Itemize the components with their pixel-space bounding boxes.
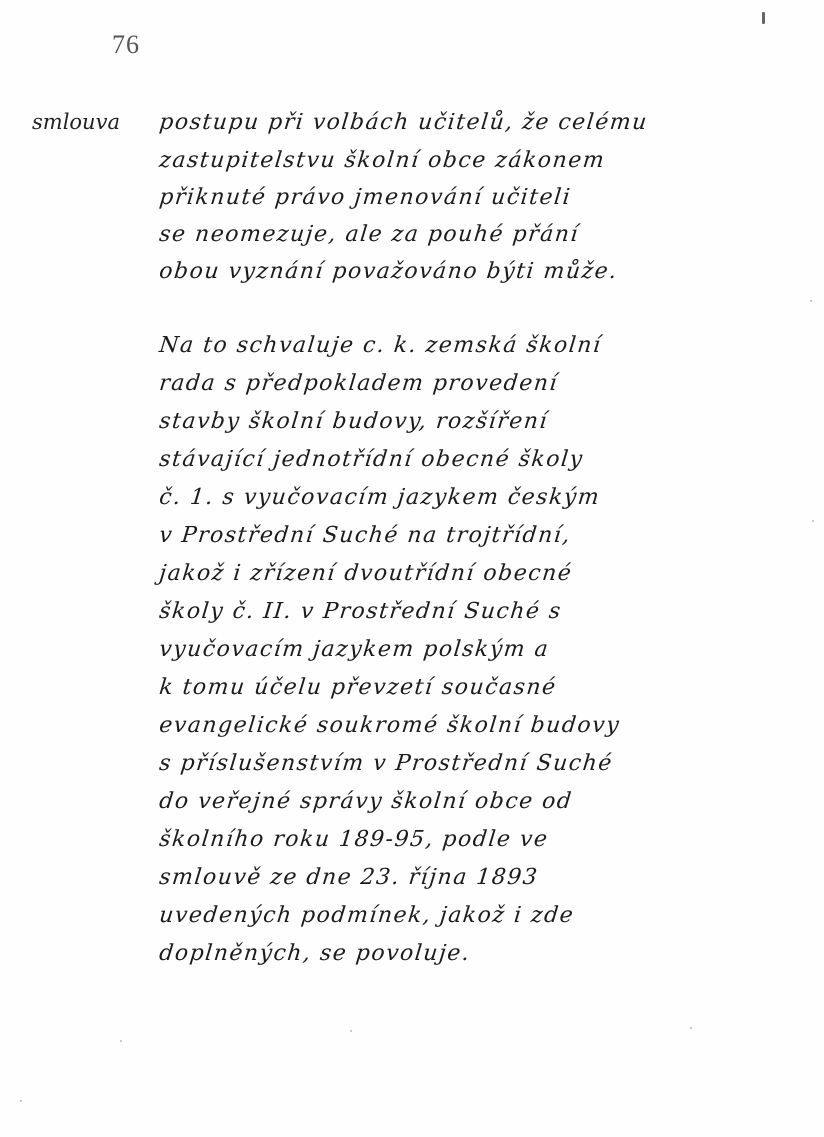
text-line: s příslušenstvím v Prostřední Suché (158, 751, 614, 776)
text-line: doplněných, se povoluje. (158, 941, 472, 966)
text-line: smlouvě ze dne 23. října 1893 (158, 865, 540, 890)
text-line: se neomezuje, ale za pouhé přání (158, 222, 580, 247)
text-line: stavby školní budovy, rozšíření (158, 409, 549, 434)
margin-note: smlouva (32, 110, 120, 134)
text-line: jakož i zřízení dvoutřídní obecné (158, 561, 574, 586)
text-line: přiknuté právo jmenování učiteli (158, 185, 572, 210)
scan-speck (350, 1030, 352, 1032)
text-line: obou vyznání považováno býti může. (158, 259, 619, 284)
text-line: v Prostřední Suché na trojtřídní, (158, 523, 572, 548)
text-line: školního roku 189-95, podle ve (158, 827, 550, 852)
scan-speck (690, 1027, 692, 1029)
text-line: uvedených podmínek, jakož i zde (158, 903, 576, 928)
scan-speck (120, 1040, 122, 1042)
scan-speck (810, 300, 812, 302)
text-line: Na to schvaluje c. k. zemská školní (158, 333, 603, 358)
text-line: vyučovacím jazykem polským a (158, 637, 551, 662)
text-line: č. 1. s vyučovacím jazykem českým (158, 485, 601, 510)
text-line: zastupitelstvu školní obce zákonem (158, 148, 606, 173)
text-line: k tomu účelu převzetí současné (158, 675, 558, 700)
text-line: školy č. II. v Prostřední Suché s (158, 599, 563, 624)
text-line: stávající jednotřídní obecné školy (158, 447, 585, 472)
scan-speck (20, 1100, 22, 1102)
document-page: 76 smlouva postupu při volbách učitelů, … (0, 0, 824, 1137)
page-number: 76 (112, 30, 140, 60)
text-line: do veřejné správy školní obce od (158, 789, 574, 814)
ink-mark (762, 12, 765, 24)
scan-speck (812, 520, 814, 522)
text-line: evangelické soukromé školní budovy (158, 713, 621, 738)
text-line: postupu při volbách učitelů, že celému (158, 110, 649, 135)
text-line: rada s předpokladem provedení (158, 371, 559, 396)
